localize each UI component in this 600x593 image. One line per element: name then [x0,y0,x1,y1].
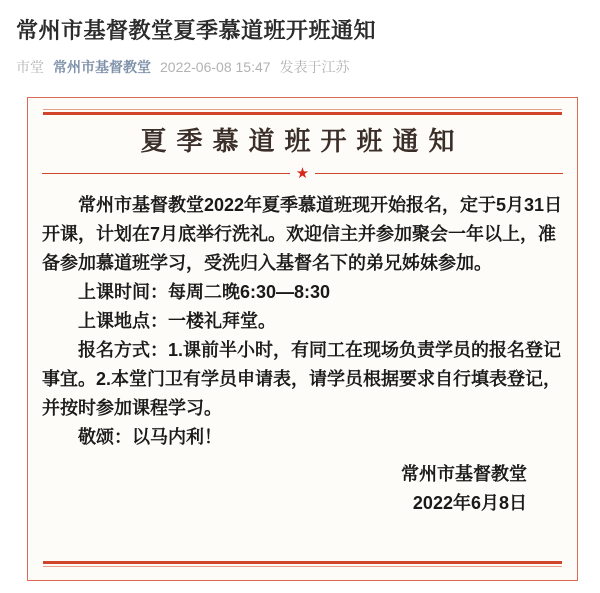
page-title: 常州市基督教堂夏季慕道班开班通知 [16,16,584,46]
article-meta: 市堂 常州市基督教堂 2022-06-08 15:47 发表于江苏 [16,58,584,76]
publish-location: 发表于江苏 [280,58,350,76]
top-double-rule [43,109,562,115]
notice-card: 夏季慕道班开班通知 ★ 常州市基督教堂2022年夏季慕道班现开始报名，定于5月3… [27,97,578,581]
notice-title: 夏季慕道班开班通知 [42,125,563,159]
article-header: 常州市基督教堂夏季慕道班开班通知 市堂 常州市基督教堂 2022-06-08 1… [0,0,600,76]
account-name-link[interactable]: 常州市基督教堂 [53,58,151,76]
notice-body: 常州市基督教堂2022年夏季慕道班现开始报名，定于5月31日开课，计划在7月底举… [42,191,563,452]
signature-name: 常州市基督教堂 [42,460,527,489]
divider-line-right [315,173,563,174]
divider-line-left [42,173,290,174]
bottom-double-rule [43,561,562,567]
notice-paragraph: 报名方式：1.课前半小时，有同工在现场负责学员的报名登记事宜。2.本堂门卫有学员… [42,336,563,423]
notice-paragraph: 上课地点：一楼礼拜堂。 [42,307,563,336]
signature-block: 常州市基督教堂 2022年6月8日 [42,460,563,518]
notice-paragraph: 常州市基督教堂2022年夏季慕道班现开始报名，定于5月31日开课，计划在7月底举… [42,191,563,278]
signature-date: 2022年6月8日 [42,489,527,518]
notice-paragraph: 上课时间：每周二晚6:30—8:30 [42,278,563,307]
notice-paragraph: 敬颂：以马内利！ [42,423,563,452]
star-divider: ★ [42,165,563,181]
star-icon: ★ [296,166,309,181]
publish-datetime: 2022-06-08 15:47 [160,58,271,76]
meta-channel: 市堂 [16,58,44,76]
